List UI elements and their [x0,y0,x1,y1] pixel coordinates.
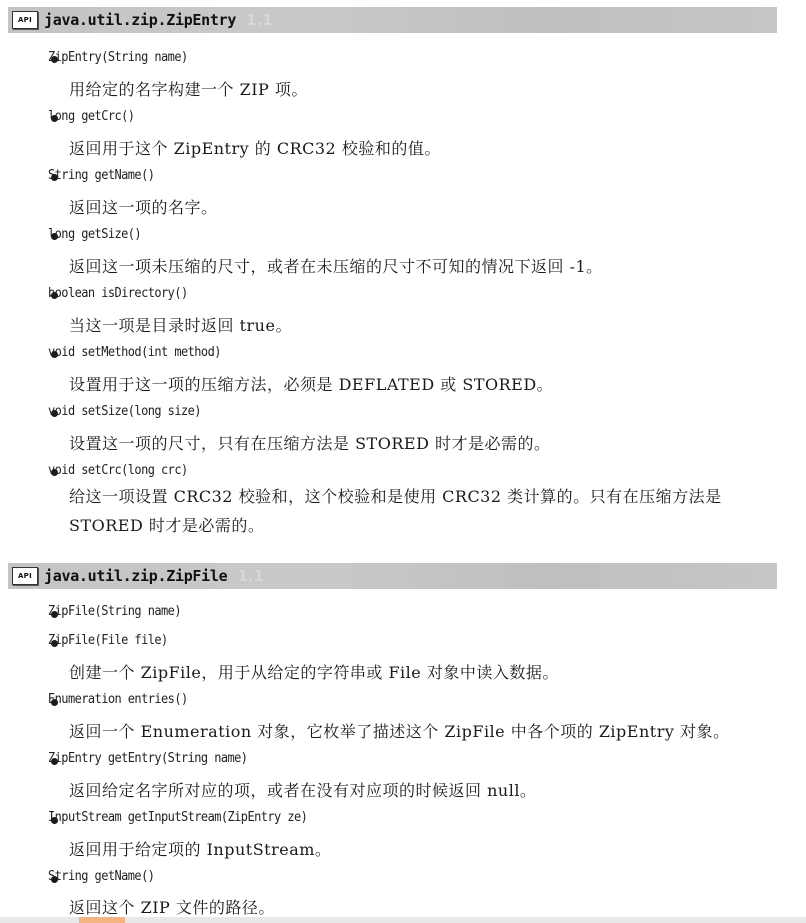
api-header-zipentry: API java.util.zip.ZipEntry 1.1 [8,7,777,33]
version-label: 1.1 [246,11,273,29]
method-description: 返回这一项的名字。 [69,195,218,218]
method-description: 当这一项是目录时返回 true。 [69,313,292,336]
method-description: 返回给定名字所对应的项，或者在没有对应项的时候返回 null。 [69,778,536,801]
method-signature: long getSize() [48,227,141,242]
method-description: 返回一个 Enumeration 对象，它枚举了描述这个 ZipFile 中各个… [69,719,729,742]
api-icon: API [12,11,38,29]
method-description: 返回这个 ZIP 文件的路径。 [69,895,275,918]
method-description: 设置用于这一项的压缩方法，必须是 DEFLATED 或 STORED。 [69,372,553,395]
version-label: 1.1 [237,567,264,585]
api-icon: API [12,567,38,585]
page-bottom-tab [79,917,125,923]
method-signature: void setSize(long size) [48,404,201,419]
method-signature: InputStream getInputStream(ZipEntry ze) [48,810,307,825]
method-description: 返回用于给定项的 InputStream。 [69,837,331,860]
method-description: 设置这一项的尺寸，只有在压缩方法是 STORED 时才是必需的。 [69,431,550,454]
api-header-zipfile: API java.util.zip.ZipFile 1.1 [8,563,777,589]
class-name: java.util.zip.ZipFile [44,567,227,585]
method-description: 创建一个 ZipFile，用于从给定的字符串或 File 对象中读入数据。 [69,660,559,683]
method-description: 给这一项设置 CRC32 校验和，这个校验和是使用 CRC32 类计算的。只有在… [69,482,781,540]
method-signature: ZipEntry getEntry(String name) [48,751,247,766]
method-description: 返回这一项未压缩的尺寸，或者在未压缩的尺寸不可知的情况下返回 -1。 [69,254,603,277]
class-name: java.util.zip.ZipEntry [44,11,236,29]
method-signature: ZipFile(File file) [48,633,168,648]
method-signature: Enumeration entries() [48,692,188,707]
method-signature: String getName() [48,869,154,884]
method-signature: ZipEntry(String name) [48,50,188,65]
method-signature: void setMethod(int method) [48,345,221,360]
method-description: 用给定的名字构建一个 ZIP 项。 [69,77,308,100]
method-signature: ZipFile(String name) [48,604,181,619]
method-signature: void setCrc(long crc) [48,463,188,478]
method-signature: String getName() [48,168,154,183]
method-signature: long getCrc() [48,109,134,124]
method-description: 返回用于这个 ZipEntry 的 CRC32 校验和的值。 [69,136,441,159]
method-signature: boolean isDirectory() [48,286,188,301]
